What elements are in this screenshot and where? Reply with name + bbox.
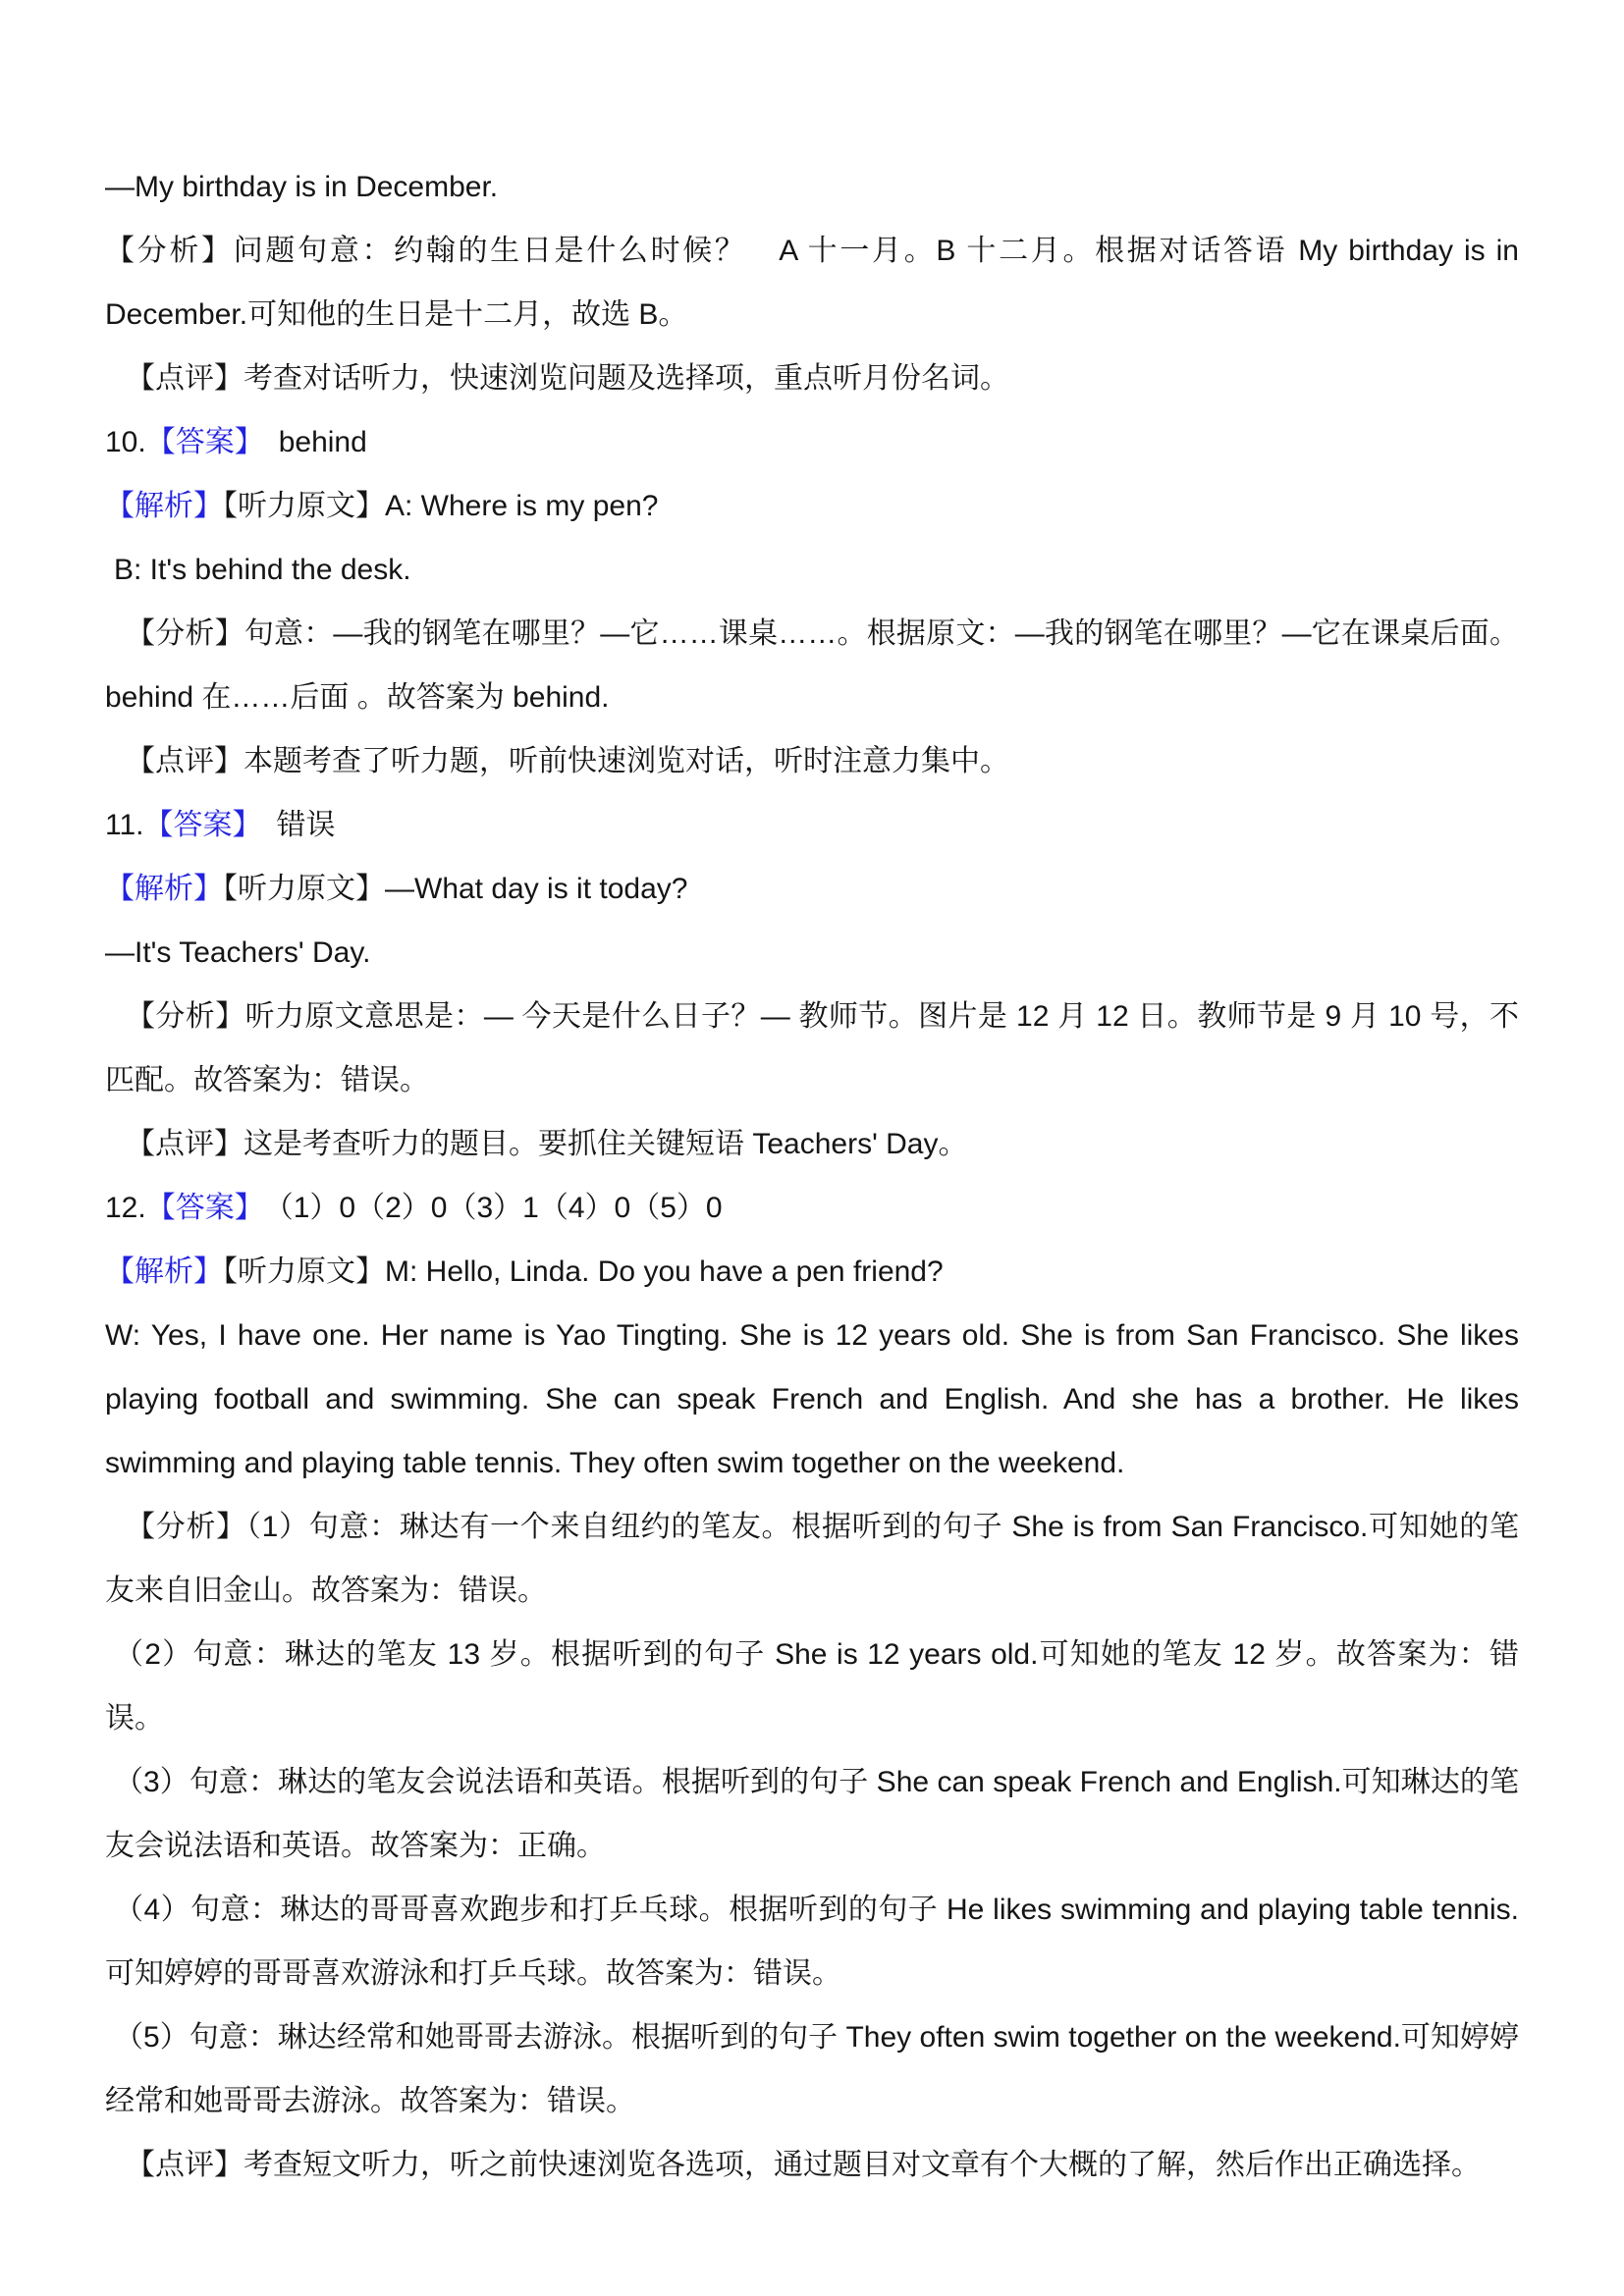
text-run: 【点评】本题考查了听力题，听前快速浏览对话，听时注意力集中。 [126,745,1009,777]
highlight-tag: 【解析】 [105,1255,223,1288]
text-run: 【听力原文】—What day is it today? [223,873,687,905]
text-run: 【点评】考查对话听力，快速浏览问题及选择项，重点听月份名词。 [126,362,1009,395]
text-run: 【听力原文】A: Where is my pen? [223,490,658,522]
transcript-line: —It's Teachers' Day. [105,921,1519,985]
text-run: 【分析】听力原文意思是：— 今天是什么日子？— 教师节。图片是 12 月 12 … [105,1000,1519,1096]
text-run: 【点评】这是考查听力的题目。要抓住关键短语 Teachers' Day。 [126,1128,967,1160]
text-run: （5）句意：琳达经常和她哥哥去游泳。根据听到的句子 They often swi… [105,2021,1519,2117]
text-run: 【点评】考查短文听力，听之前快速浏览各选项，通过题目对文章有个大概的了解，然后作… [126,2149,1481,2181]
text-run: B: It's behind the desk. [114,554,411,586]
analysis-paragraph: 【分析】（1）句意：琳达有一个来自纽约的笔友。根据听到的句子 She is fr… [105,1495,1519,1623]
text-run: （1）0（2）0（3）1（4）0（5）0 [249,1192,723,1224]
item-analysis: （3）句意：琳达的笔友会说法语和英语。根据听到的句子 She can speak… [105,1750,1519,1878]
text-run: behind [249,426,367,458]
answer-line: 10.【答案】 behind [105,410,1519,474]
text-run: 错误 [246,809,335,841]
comment-paragraph: 【点评】考查短文听力，听之前快速浏览各选项，通过题目对文章有个大概的了解，然后作… [105,2133,1519,2197]
text-run: 10. [105,426,146,458]
analysis-paragraph: 【分析】问题句意：约翰的生日是什么时候？ A 十一月。B 十二月。根据对话答语 … [105,219,1519,347]
text-run: —My birthday is in December. [105,171,498,203]
highlight-tag: 【解析】 [105,873,223,905]
text-run: （3）句意：琳达的笔友会说法语和英语。根据听到的句子 She can speak… [105,1766,1519,1862]
analysis-paragraph: 【分析】句意：—我的钢笔在哪里？—它……课桌……。根据原文：—我的钢笔在哪里？—… [105,602,1519,729]
explanation-line: 【解析】【听力原文】—What day is it today? [105,857,1519,921]
text-run: 【分析】问题句意：约翰的生日是什么时候？ A 十一月。B 十二月。根据对话答语 … [105,235,1519,331]
document-page: —My birthday is in December.【分析】问题句意：约翰的… [0,0,1624,2296]
highlight-tag: 【解析】 [105,490,223,522]
highlight-tag: 【答案】 [146,426,249,458]
comment-paragraph: 【点评】本题考查了听力题，听前快速浏览对话，听时注意力集中。 [105,729,1519,793]
explanation-line: 【解析】【听力原文】M: Hello, Linda. Do you have a… [105,1240,1519,1304]
comment-paragraph: 【点评】考查对话听力，快速浏览问题及选择项，重点听月份名词。 [105,347,1519,410]
text-run: 【分析】（1）句意：琳达有一个来自纽约的笔友。根据听到的句子 She is fr… [105,1511,1519,1607]
text-run: 【听力原文】M: Hello, Linda. Do you have a pen… [223,1255,944,1288]
comment-paragraph: 【点评】这是考查听力的题目。要抓住关键短语 Teachers' Day。 [105,1112,1519,1176]
answer-line: 12.【答案】 （1）0（2）0（3）1（4）0（5）0 [105,1176,1519,1240]
transcript-paragraph: W: Yes, I have one. Her name is Yao Ting… [105,1304,1519,1495]
item-analysis: （2）句意：琳达的笔友 13 岁。根据听到的句子 She is 12 years… [105,1623,1519,1750]
item-analysis: （5）句意：琳达经常和她哥哥去游泳。根据听到的句子 They often swi… [105,2005,1519,2133]
transcript-line: B: It's behind the desk. [105,538,1519,602]
text-run: （2）句意：琳达的笔友 13 岁。根据听到的句子 She is 12 years… [105,1638,1519,1735]
explanation-line: 【解析】【听力原文】A: Where is my pen? [105,474,1519,538]
dialog-answer-line: —My birthday is in December. [105,155,1519,219]
analysis-paragraph: 【分析】听力原文意思是：— 今天是什么日子？— 教师节。图片是 12 月 12 … [105,985,1519,1112]
highlight-tag: 【答案】 [143,809,246,841]
text-run: （4）句意：琳达的哥哥喜欢跑步和打乒乓球。根据听到的句子 He likes sw… [105,1894,1519,1990]
text-run: 12. [105,1192,146,1224]
item-analysis: （4）句意：琳达的哥哥喜欢跑步和打乒乓球。根据听到的句子 He likes sw… [105,1878,1519,2005]
highlight-tag: 【答案】 [146,1192,249,1224]
answer-line: 11.【答案】 错误 [105,793,1519,857]
text-run: W: Yes, I have one. Her name is Yao Ting… [105,1319,1519,1479]
text-run: 11. [105,809,143,841]
text-run: 【分析】句意：—我的钢笔在哪里？—它……课桌……。根据原文：—我的钢笔在哪里？—… [105,617,1519,714]
text-run: —It's Teachers' Day. [105,936,370,969]
